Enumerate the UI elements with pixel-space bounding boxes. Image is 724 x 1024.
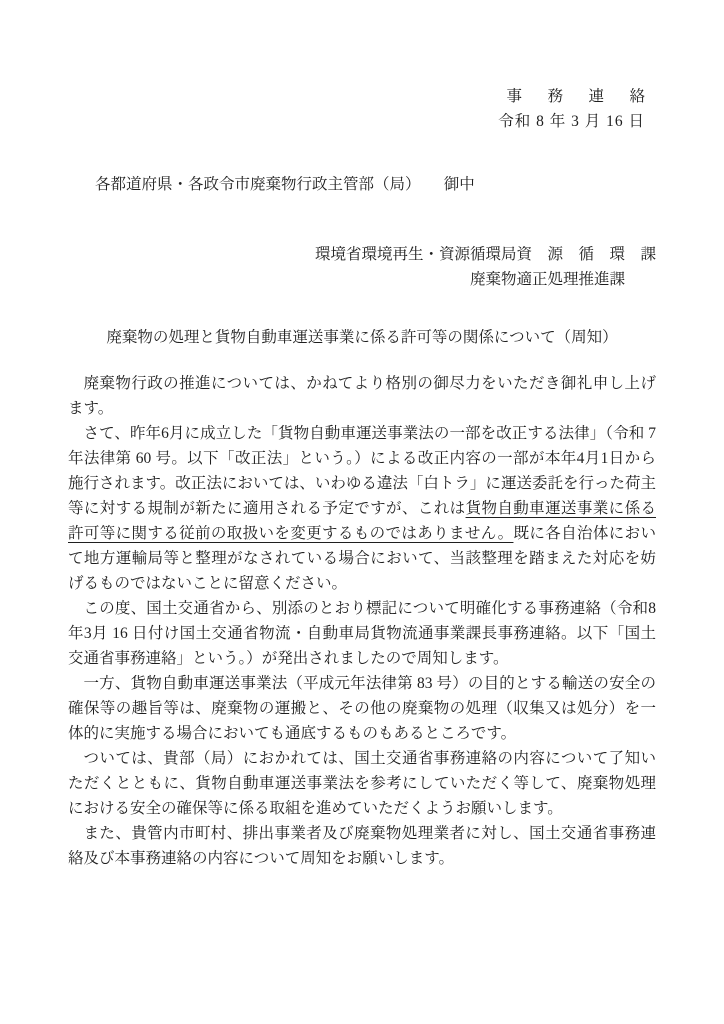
recipient-line: 各都道府県・各政令市廃棄物行政主管部（局） 御中 [68, 172, 656, 197]
sender-organization: 環境省環境再生・資源循環局資 源 循 環 課 [68, 242, 656, 267]
paragraph-greeting: 廃棄物行政の推進については、かねてより格別の御尽力をいただき御礼申し上げます。 [68, 371, 656, 421]
paragraph-trucking-act: 一方、貨物自動車運送事業法（平成元年法律第 83 号）の目的とする輸送の安全の確… [68, 671, 656, 746]
paragraph-dissemination: また、貴管内市町村、排出事業者及び廃棄物処理業者に対し、国土交通省事務連絡及び本… [68, 821, 656, 871]
paragraph-amendment: さて、昨年6月に成立した「貨物自動車運送事業法の一部を改正する法律」（令和 7 … [68, 421, 656, 596]
paragraph-request: ついては、貴部（局）におかれては、国土交通省事務連絡の内容について了知いただくと… [68, 746, 656, 821]
sender-block: 環境省環境再生・資源循環局資 源 循 環 課 廃棄物適正処理推進課 [68, 242, 656, 292]
doc-date: 令和 8 年 3 月 16 日 [68, 109, 645, 134]
document-page: 事 務 連 絡 令和 8 年 3 月 16 日 各都道府県・各政令市廃棄物行政主… [0, 0, 724, 1024]
doc-type-line: 事 務 連 絡 [68, 84, 645, 109]
sender-division: 廃棄物適正処理推進課 [68, 267, 656, 292]
document-body: 廃棄物行政の推進については、かねてより格別の御尽力をいただき御礼申し上げます。 … [68, 371, 656, 871]
document-header: 事 務 連 絡 令和 8 年 3 月 16 日 [68, 84, 645, 134]
paragraph-mlit-notice: この度、国土交通省から、別添のとおり標記について明確化する事務連絡（令和8年3月… [68, 596, 656, 671]
document-title: 廃棄物の処理と貨物自動車運送事業に係る許可等の関係について（周知） [68, 325, 656, 350]
doc-type-label: 事 務 連 絡 [506, 84, 650, 109]
